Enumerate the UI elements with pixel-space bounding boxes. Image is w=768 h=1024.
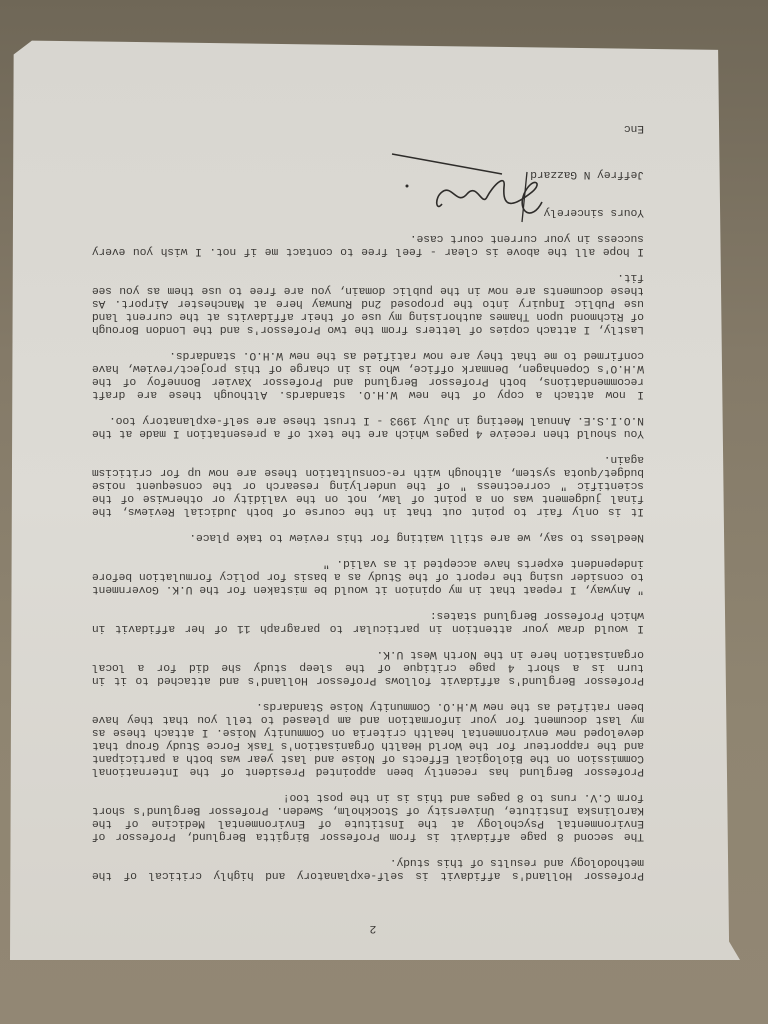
paragraph-waiting: Needless to say, we are still waiting fo… [92,530,644,543]
paragraph-berglund-president: Professor Berglund has recently been app… [92,699,644,777]
letter-body: 2 Professor Holland's affidavit is self-… [92,121,644,934]
paragraph-berglund-critique: Professor Berglund's affidavit follows P… [92,647,644,686]
page-number: 2 [92,921,654,934]
letter-page: 2 Professor Holland's affidavit is self-… [10,36,740,960]
enclosure-note: Enc [92,121,644,134]
paragraph-letters: Lastly, I attach copies of letters from … [92,270,644,335]
paragraph-quote: " Anyway, I repeat that in my opinion it… [92,556,644,595]
paragraph-holland-affidavit: Professor Holland's affidavit is self-ex… [92,855,644,881]
rotated-sheet: 2 Professor Holland's affidavit is self-… [10,36,740,960]
signer-name: Jeffrey N Gazzard [530,167,644,180]
paragraph-berglund-affidavit: The second 8 page affidavit is from Prof… [92,790,644,842]
paragraph-judicial-reviews: It is only fair to point out that in the… [92,452,644,517]
paragraph-who-standards: I now attach a copy of the new W.H.O. st… [92,348,644,400]
signature-block: Yours sincerely Jeffrey N Gazzard [92,148,644,218]
paragraph-presentation: You should then receive 4 pages which ar… [92,413,644,439]
handwritten-signature-icon [382,152,562,242]
paragraph-paragraph-11: I would draw your attention in particula… [92,608,644,634]
